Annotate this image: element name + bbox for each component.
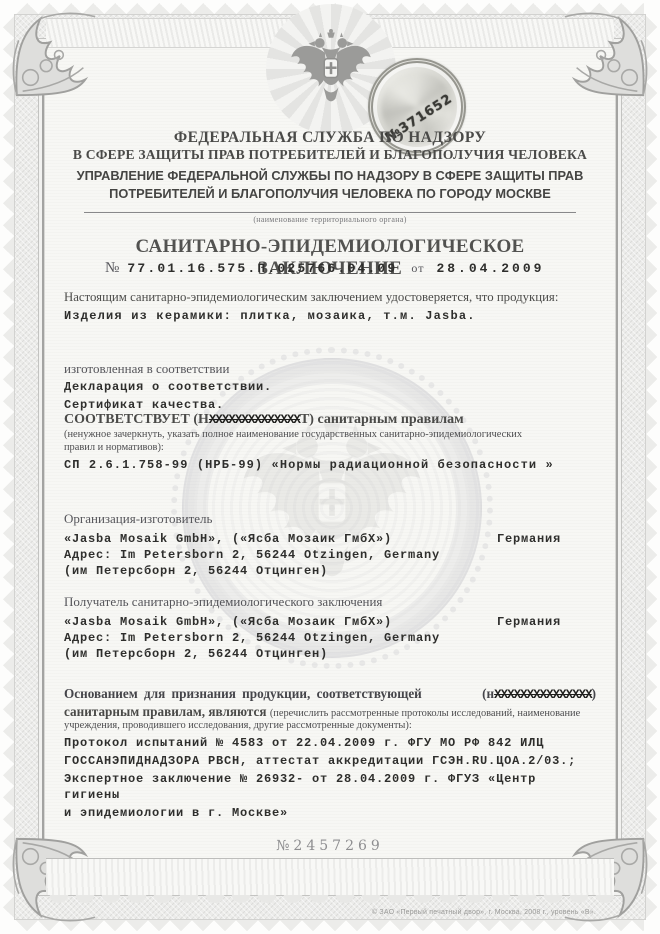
compliance-standard: СП 2.6.1.758-99 (НРБ-99) «Нормы радиацио…: [64, 457, 596, 473]
recipient-section: Получатель санитарно-эпидемиологического…: [64, 594, 596, 662]
territorial-caption: (наименование территориального органа): [62, 215, 598, 224]
manufacturer-country: Германия: [497, 531, 561, 547]
compliance-section: СООТВЕТСТВУЕТ (НХХХХХХХХХХХХХХТ) санитар…: [64, 412, 596, 473]
numero-sign: №: [105, 260, 119, 276]
blank-form-number: №2457269: [62, 838, 598, 854]
manufacturer-section: Организация-изготовитель «Jasba Mosaik G…: [64, 511, 596, 579]
basis-section: Основанием для признания продукции, соот…: [64, 686, 596, 821]
made-label: изготовленная в соответствии: [64, 361, 596, 377]
compliance-struck-text: ХХХХХХХХХХХХХХ: [209, 413, 300, 427]
made-line-2: Сертификат качества.: [64, 397, 596, 413]
basis-line2-main: санитарным правилам, являются: [64, 704, 267, 719]
manufacturer-name: «Jasba Mosaik GmbH», («Ясба Мозаик ГмбХ»…: [64, 532, 392, 546]
made-in-accordance-section: изготовленная в соответствии Декларация …: [64, 361, 596, 413]
manufacturer-address-2: (им Петерсборн 2, 56244 Отцинген): [64, 563, 596, 579]
frame-spikes-bottom: [16, 919, 644, 931]
product-name: Изделия из керамики: плитка, мозаика, т.…: [64, 308, 596, 324]
recipient-country: Германия: [497, 614, 561, 630]
basis-document-line: Экспертное заключение № 26932- от 28.04.…: [64, 771, 596, 803]
double-headed-eagle-icon: [286, 22, 376, 112]
compliance-suffix: Т) санитарным правилам: [300, 412, 464, 427]
basis-line2: санитарным правилам, являются (перечисли…: [64, 704, 596, 720]
product-section: Настоящим санитарно-эпидемиологическим з…: [64, 290, 596, 324]
basis-struck-text: ХХХХХХХХХХХХХХХ: [494, 688, 592, 702]
corner-ornament-icon: [559, 7, 653, 101]
compliance-statement: СООТВЕТСТВУЕТ (НХХХХХХХХХХХХХХТ) санитар…: [64, 412, 596, 428]
manufacturer-name-row: «Jasba Mosaik GmbH», («Ясба Мозаик ГмбХ»…: [64, 531, 596, 547]
corner-ornament-icon: [7, 7, 101, 101]
basis-bracket: (н: [482, 686, 494, 701]
basis-document-line: Протокол испытаний № 4583 от 22.04.2009 …: [64, 735, 596, 751]
printer-copyright: © ЗАО «Первый печатный двор», г. Москва,…: [372, 909, 596, 916]
basis-note-part2: учреждения, проводившего исследования, д…: [64, 720, 596, 731]
bottom-guilloche-ribbon: [46, 858, 614, 895]
department-line2: ПОТРЕБИТЕЛЕЙ И БЛАГОПОЛУЧИЯ ЧЕЛОВЕКА ПО …: [62, 186, 598, 201]
product-intro-label: Настоящим санитарно-эпидемиологическим з…: [64, 290, 596, 305]
recipient-address-1: Адрес: Im Petersborn 2, 56244 Otzingen, …: [64, 630, 596, 646]
recipient-name-row: «Jasba Mosaik GmbH», («Ясба Мозаик ГмбХ»…: [64, 614, 596, 630]
basis-documents: Протокол испытаний № 4583 от 22.04.2009 …: [64, 735, 596, 821]
recipient-address-2: (им Петерсборн 2, 56244 Отцинген): [64, 646, 596, 662]
basis-document-line: и эпидемиологии в г. Москве»: [64, 805, 596, 821]
document-date: 28.04.2009: [436, 261, 544, 276]
basis-line1-right: (нХХХХХХХХХХХХХХХ): [482, 686, 596, 702]
manufacturer-label: Организация-изготовитель: [64, 511, 596, 527]
certificate-page: №371652 ФЕДЕРАЛЬНАЯ СЛУЖБА ПО НАДЗОРУ В …: [0, 0, 660, 934]
compliance-note-line2: правил и нормативов):: [64, 442, 596, 454]
service-name-line1: ФЕДЕРАЛЬНАЯ СЛУЖБА ПО НАДЗОРУ: [62, 129, 598, 147]
territorial-rule-line: [84, 212, 576, 213]
frame-spikes-right: [645, 16, 657, 918]
from-word: от: [411, 261, 424, 275]
compliance-note-line1: (ненужное зачеркнуть, указать полное наи…: [64, 429, 596, 441]
made-line-1: Декларация о соответствии.: [64, 379, 596, 395]
basis-line1-left: Основанием для признания продукции, соот…: [64, 686, 422, 702]
document-number: 77.01.16.575.П.025766.04.09: [127, 261, 397, 276]
compliance-prefix: СООТВЕТСТВУЕТ (Н: [64, 412, 209, 427]
recipient-name: «Jasba Mosaik GmbH», («Ясба Мозаик ГмбХ»…: [64, 615, 392, 629]
basis-close-paren: ): [592, 686, 596, 701]
basis-note-part1: (перечислить рассмотренные протоколы исс…: [270, 708, 580, 719]
manufacturer-address-1: Адрес: Im Petersborn 2, 56244 Otzingen, …: [64, 547, 596, 563]
basis-line1: Основанием для признания продукции, соот…: [64, 686, 596, 702]
service-name-line2: В СФЕРЕ ЗАЩИТЫ ПРАВ ПОТРЕБИТЕЛЕЙ И БЛАГО…: [62, 147, 598, 163]
recipient-label: Получатель санитарно-эпидемиологического…: [64, 594, 596, 610]
basis-document-line: ГОССАНЭПИДНАДЗОРА РВСН, аттестат аккреди…: [64, 753, 596, 769]
department-line1: УПРАВЛЕНИЕ ФЕДЕРАЛЬНОЙ СЛУЖБЫ ПО НАДЗОРУ…: [62, 168, 598, 183]
document-number-line: №77.01.16.575.П.025766.04.09от28.04.2009: [105, 260, 544, 277]
